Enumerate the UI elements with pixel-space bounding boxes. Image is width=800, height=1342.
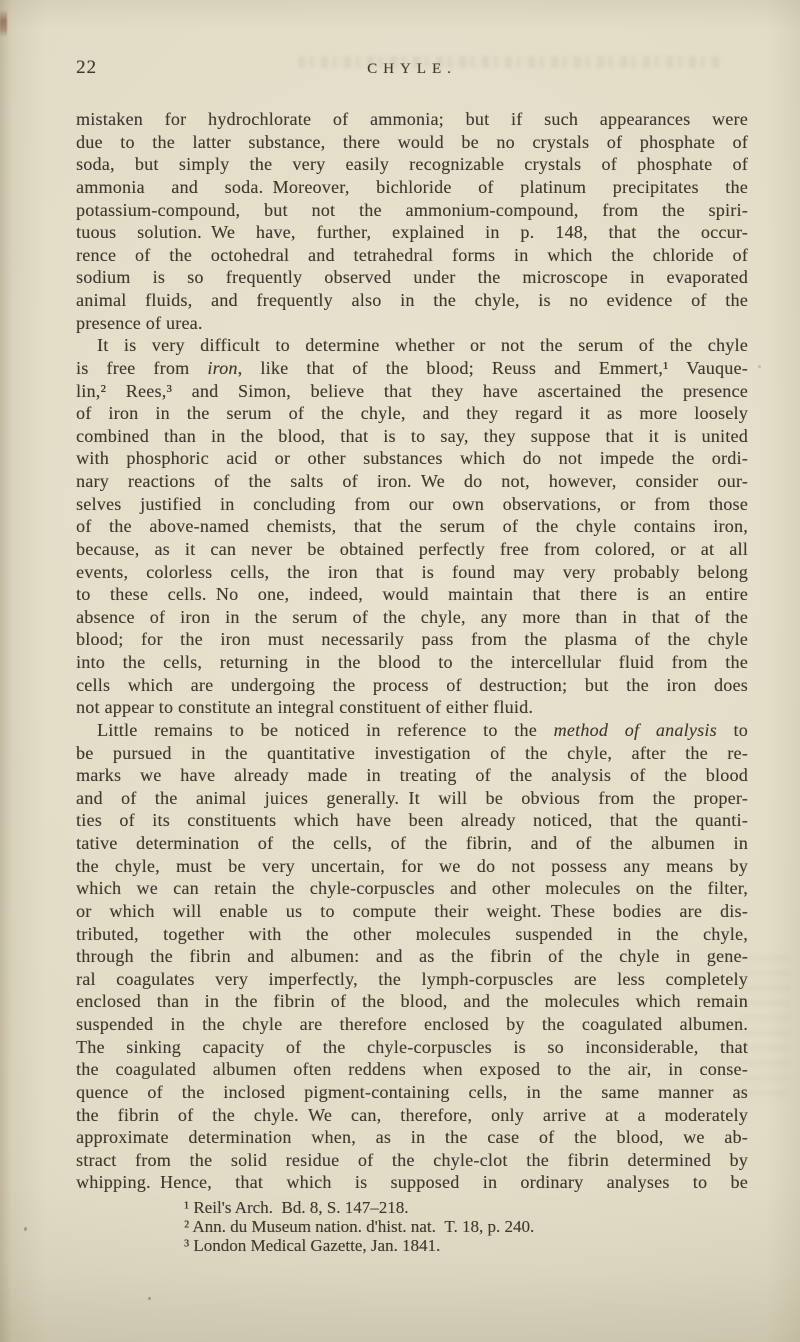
text-line: is free from iron, like that of the bloo… <box>76 357 748 380</box>
italic-text: method of analysis <box>554 720 717 740</box>
text-line: stract from the solid residue of the chy… <box>76 1149 748 1172</box>
text-run: Little remains to be noticed in referenc… <box>97 720 554 740</box>
text-line: through the fibrin and albumen: and as t… <box>76 945 748 968</box>
text-run: whipping. Hence, that which is supposed … <box>76 1172 748 1192</box>
text-line: blood; for the iron must necessarily pas… <box>76 628 748 651</box>
text-line: absence of iron in the serum of the chyl… <box>76 606 748 629</box>
text-run: potassium-compound, but not the ammonium… <box>76 200 748 220</box>
text-run: mistaken for hydrochlorate of ammonia; b… <box>76 109 748 129</box>
text-line: presence of urea. <box>76 312 748 335</box>
running-head: CHYLE. <box>76 61 748 78</box>
text-line: be pursued in the quantitative investiga… <box>76 742 748 765</box>
page-edge-ink-mark <box>0 10 7 37</box>
paper-speck <box>148 1297 151 1300</box>
text-line: ral coagulates very imperfectly, the lym… <box>76 968 748 991</box>
text-line: The sinking capacity of the chyle-corpus… <box>76 1036 748 1059</box>
text-line: quence of the inclosed pigment-containin… <box>76 1081 748 1104</box>
text-run: blood; for the iron must necessarily pas… <box>76 629 748 649</box>
text-line: animal fluids, and frequently also in th… <box>76 289 748 312</box>
paragraph-3: Little remains to be noticed in referenc… <box>76 719 748 1194</box>
text-run: enclosed than in the fibrin of the blood… <box>76 991 748 1011</box>
text-line: tative determination of the cells, of th… <box>76 832 748 855</box>
text-run: is free from <box>76 358 207 378</box>
text-run: with phosphoric acid or other substances… <box>76 448 748 468</box>
text-line: to these cells. No one, indeed, would ma… <box>76 583 748 606</box>
paragraph-2: It is very difficult to determine whethe… <box>76 334 748 719</box>
text-line: of iron in the serum of the chyle, and t… <box>76 402 748 425</box>
text-line: mistaken for hydrochlorate of ammonia; b… <box>76 108 748 131</box>
text-line: whipping. Hence, that which is supposed … <box>76 1171 748 1194</box>
text-run: tributed, together with the other molecu… <box>76 924 748 944</box>
text-run: to <box>717 720 748 740</box>
text-line: the fibrin of the chyle. We can, therefo… <box>76 1104 748 1127</box>
footnote-1: ¹ Reil's Arch. Bd. 8, S. 147–218. <box>184 1199 744 1218</box>
text-line: not appear to constitute an integral con… <box>76 696 748 719</box>
text-line: ammonia and soda. Moreover, bichloride o… <box>76 176 748 199</box>
text-run: ties of its constituents which have been… <box>76 810 748 830</box>
text-line: marks we have already made in treating o… <box>76 764 748 787</box>
text-run: of the above-named chemists, that the se… <box>76 516 748 536</box>
text-line: potassium-compound, but not the ammonium… <box>76 199 748 222</box>
text-run: through the fibrin and albumen: and as t… <box>76 946 748 966</box>
text-run: presence of urea. <box>76 313 203 333</box>
text-line: of the above-named chemists, that the se… <box>76 515 748 538</box>
text-run: approximate determination when, as in th… <box>76 1127 748 1147</box>
text-line: with phosphoric acid or other substances… <box>76 447 748 470</box>
text-run: be pursued in the quantitative investiga… <box>76 743 748 763</box>
text-line: the chyle, must be very uncertain, for w… <box>76 855 748 878</box>
text-run: due to the latter substance, there would… <box>76 132 748 152</box>
text-line: suspended in the chyle are therefore enc… <box>76 1013 748 1036</box>
text-line: which we can retain the chyle-corpuscles… <box>76 877 748 900</box>
text-line: or which will enable us to compute their… <box>76 900 748 923</box>
text-run: to these cells. No one, indeed, would ma… <box>76 584 748 604</box>
text-line: Little remains to be noticed in referenc… <box>76 719 748 742</box>
text-line: It is very difficult to determine whethe… <box>76 334 748 357</box>
text-run: sodium is so frequently observed under t… <box>76 267 748 287</box>
text-run: events, colorless cells, the iron that i… <box>76 562 748 582</box>
text-line: enclosed than in the fibrin of the blood… <box>76 990 748 1013</box>
text-run: cells which are undergoing the process o… <box>76 675 748 695</box>
text-run: of iron in the serum of the chyle, and t… <box>76 403 748 423</box>
text-run: tative determination of the cells, of th… <box>76 833 748 853</box>
text-line: due to the latter substance, there would… <box>76 131 748 154</box>
text-run: into the cells, returning in the blood t… <box>76 652 748 672</box>
text-run: the coagulated albumen often reddens whe… <box>76 1059 748 1079</box>
text-run: soda, but simply the very easily recogni… <box>76 154 748 174</box>
text-run: the chyle, must be very uncertain, for w… <box>76 856 748 876</box>
text-run: suspended in the chyle are therefore enc… <box>76 1014 748 1034</box>
text-run: rence of the octohedral and tetrahedral … <box>76 245 748 265</box>
text-line: and of the animal juices generally. It w… <box>76 787 748 810</box>
footnote-3: ³ London Medical Gazette, Jan. 1841. <box>184 1237 744 1256</box>
text-line: combined than in the blood, that is to s… <box>76 425 748 448</box>
text-run: and of the animal juices generally. It w… <box>76 788 748 808</box>
text-line: approximate determination when, as in th… <box>76 1126 748 1149</box>
text-line: cells which are undergoing the process o… <box>76 674 748 697</box>
text-line: sodium is so frequently observed under t… <box>76 266 748 289</box>
text-run: It is very difficult to determine whethe… <box>97 335 748 355</box>
text-line: events, colorless cells, the iron that i… <box>76 561 748 584</box>
footnote-2: ² Ann. du Museum nation. d'hist. nat. T.… <box>184 1218 744 1237</box>
text-run: , like that of the blood; Reuss and Emme… <box>238 358 748 378</box>
text-run: absence of iron in the serum of the chyl… <box>76 607 748 627</box>
paragraph-1: mistaken for hydrochlorate of ammonia; b… <box>76 108 748 334</box>
text-line: into the cells, returning in the blood t… <box>76 651 748 674</box>
text-run: combined than in the blood, that is to s… <box>76 426 748 446</box>
italic-text: iron <box>207 358 237 378</box>
text-run: nary reactions of the salts of iron. We … <box>76 471 748 491</box>
text-run: stract from the solid residue of the chy… <box>76 1150 748 1170</box>
text-line: lin,² Rees,³ and Simon, believe that the… <box>76 380 748 403</box>
text-run: selves justified in concluding from our … <box>76 494 748 514</box>
text-run: animal fluids, and frequently also in th… <box>76 290 748 310</box>
text-line: selves justified in concluding from our … <box>76 493 748 516</box>
text-run: lin,² Rees,³ and Simon, believe that the… <box>76 381 748 401</box>
text-line: rence of the octohedral and tetrahedral … <box>76 244 748 267</box>
text-run: or which will enable us to compute their… <box>76 901 748 921</box>
text-line: the coagulated albumen often reddens whe… <box>76 1058 748 1081</box>
footnote-block: ¹ Reil's Arch. Bd. 8, S. 147–218. ² Ann.… <box>184 1199 744 1255</box>
text-run: quence of the inclosed pigment-containin… <box>76 1082 748 1102</box>
text-line: because, as it can never be obtained per… <box>76 538 748 561</box>
scanned-book-page: 22 CHYLE. mistaken for hydrochlorate of … <box>0 0 800 1342</box>
text-line: nary reactions of the salts of iron. We … <box>76 470 748 493</box>
text-run: The sinking capacity of the chyle-corpus… <box>76 1037 748 1057</box>
paper-speck <box>758 365 761 368</box>
text-run: ral coagulates very imperfectly, the lym… <box>76 969 748 989</box>
text-run: marks we have already made in treating o… <box>76 765 748 785</box>
text-run: because, as it can never be obtained per… <box>76 539 748 559</box>
text-line: tributed, together with the other molecu… <box>76 923 748 946</box>
text-run: the fibrin of the chyle. We can, therefo… <box>76 1105 748 1125</box>
paper-speck <box>24 1227 27 1231</box>
text-run: ammonia and soda. Moreover, bichloride o… <box>76 177 748 197</box>
text-line: ties of its constituents which have been… <box>76 809 748 832</box>
text-run: tuous solution. We have, further, explai… <box>76 222 748 242</box>
text-run: not appear to constitute an integral con… <box>76 697 533 717</box>
text-line: tuous solution. We have, further, explai… <box>76 221 748 244</box>
body-text: mistaken for hydrochlorate of ammonia; b… <box>76 108 748 1194</box>
text-line: soda, but simply the very easily recogni… <box>76 153 748 176</box>
text-run: which we can retain the chyle-corpuscles… <box>76 878 748 898</box>
